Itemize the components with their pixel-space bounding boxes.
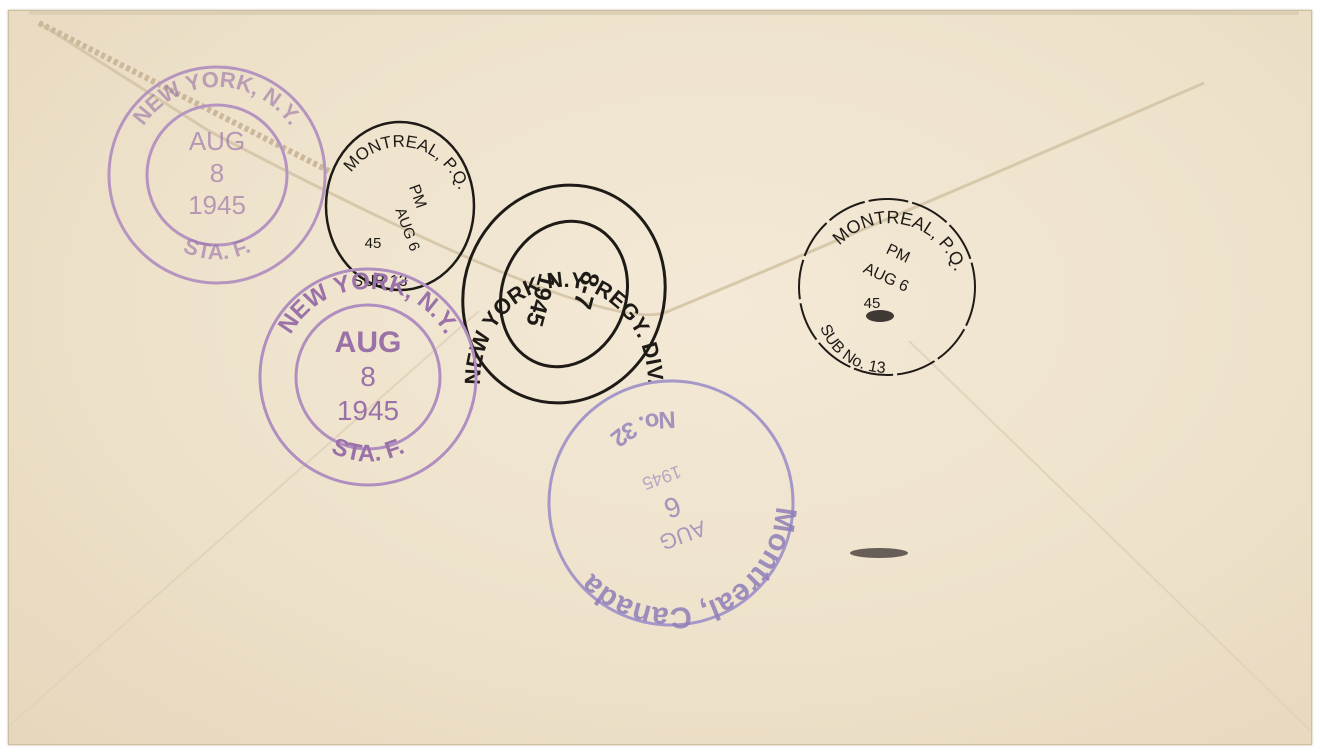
postmark-ny-sta-f-top: NEW YORK, N.Y. STA. F. AUG 8 1945 xyxy=(104,62,330,288)
svg-text:AUG 6: AUG 6 xyxy=(392,205,423,253)
svg-text:STA. F.: STA. F. xyxy=(328,433,408,468)
svg-text:No. 32: No. 32 xyxy=(603,399,684,455)
svg-text:STA. F.: STA. F. xyxy=(180,233,253,264)
ink-smudge xyxy=(850,548,908,558)
svg-text:AUG: AUG xyxy=(656,516,709,556)
svg-text:8: 8 xyxy=(210,158,224,188)
svg-text:1945: 1945 xyxy=(640,461,684,493)
svg-text:AUG: AUG xyxy=(189,126,245,156)
svg-text:45: 45 xyxy=(864,295,881,312)
svg-text:1945: 1945 xyxy=(337,395,399,426)
svg-text:6: 6 xyxy=(660,490,685,524)
svg-text:NEW YORK, N.Y.: NEW YORK, N.Y. xyxy=(128,67,307,130)
svg-text:1945: 1945 xyxy=(188,190,246,220)
postmark-ny-sta-f-middle: NEW YORK, N.Y. STA. F. AUG 8 1945 xyxy=(255,264,481,490)
svg-text:45: 45 xyxy=(365,235,382,252)
svg-text:SUB No. 13: SUB No. 13 xyxy=(816,322,886,377)
svg-text:8: 8 xyxy=(360,361,376,392)
svg-text:MONTREAL, P.Q.: MONTREAL, P.Q. xyxy=(340,132,474,192)
postmark-montreal-canada-no-32: Montreal, Canada No. 32 AUG 6 1945 xyxy=(544,376,798,630)
svg-text:PM: PM xyxy=(883,241,912,267)
postmark-montreal-pq-right: MONTREAL, P.Q. SUB No. 13 PM AUG 6 45 xyxy=(796,196,978,378)
svg-text:AUG: AUG xyxy=(335,326,402,359)
